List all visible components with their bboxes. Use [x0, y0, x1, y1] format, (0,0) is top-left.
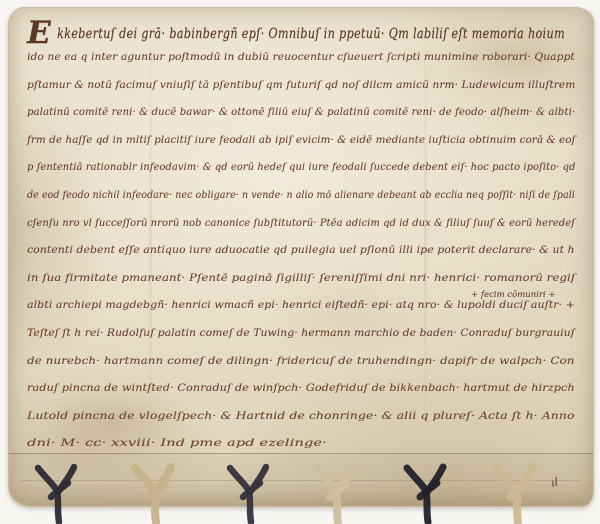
manuscript-line: de eod feodo nichil infeodare· nec oblig… — [27, 182, 575, 210]
manuscript-line: frm de haſſe qd in mltiſ placitiſ iure f… — [27, 127, 575, 155]
manuscript-line: contenti debent eſſe antiquo iure aduoca… — [27, 237, 575, 265]
manuscript-line: in ſua firmitate pmaneant· Pſentē paginā… — [27, 265, 575, 293]
manuscript-line: cſenſu nro vl ſucceſſorū nrorū nob canon… — [27, 210, 575, 238]
manuscript-line: dni· M· cc· xxviii· Ind pme apd ezelinge… — [27, 430, 327, 458]
manuscript-line: p ſententiā rationablr infeodavim· & qd … — [27, 154, 575, 182]
manuscript-line: raduſ pincna de wintſted· Conraduſ de wi… — [27, 375, 575, 403]
plica-fold — [9, 453, 593, 506]
manuscript-line: ido ne ea q inter aguntur poſtmodū in du… — [27, 44, 575, 72]
interlinear-note: + fecim cōmuniri + — [471, 290, 555, 300]
manuscript-line: de nurebch· hartmann comeſ de dilingn· f… — [27, 348, 574, 376]
manuscript-line: Teſteſ ſt h rei· Rudolfuſ palatin comeſ … — [27, 320, 575, 348]
parchment: Ekkebertuſ dei grā· babinbergñ epſ· Omni… — [8, 7, 594, 507]
manuscript-line: Lutold pincna de vlogelſpech· & Hartnid … — [27, 403, 575, 431]
manuscript-line: palatinū comitē reni· & ducē bawar· & ot… — [27, 99, 575, 127]
manuscript-body: ido ne ea q inter aguntur poſtmodū in du… — [27, 44, 575, 458]
photo-background: Ekkebertuſ dei grā· babinbergñ epſ· Omni… — [0, 0, 600, 524]
manuscript-line: pſtamur & notū facimuſ vniuſiſ tā pſenti… — [27, 72, 575, 100]
